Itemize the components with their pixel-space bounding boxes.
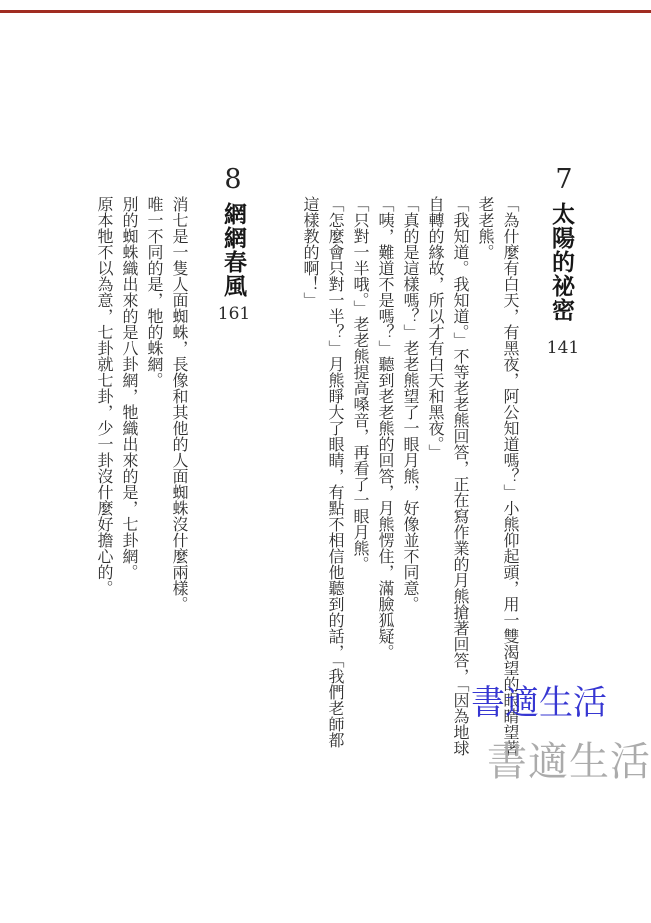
- chapter-7-title: 太陽的祕密: [549, 202, 572, 322]
- excerpt-paragraph: 原本牠不以為意，七卦就七卦，少一卦沒什麼好擔心的。: [92, 196, 117, 757]
- chapter-7-excerpt: 「為什麼有白天，有黑夜，阿公知道嗎？」小熊仰起頭，用一雙渴望的眼睛望著老老熊。 …: [298, 196, 523, 757]
- watermark-blue: 書適生活: [471, 686, 607, 720]
- excerpt-paragraph: 別的蜘蛛織出來的是八卦網，牠織出來的是，七卦網。: [117, 196, 142, 757]
- excerpt-paragraph: 唯一不同的是，牠的蛛網。: [142, 196, 167, 757]
- excerpt-paragraph: 「我知道。我知道。」不等老老熊回答，正在寫作業的月熊搶著回答，「因為地球自轉的緣…: [423, 196, 473, 757]
- excerpt-paragraph: 消七是一隻人面蜘蛛，長像和其他的人面蜘蛛沒什麼兩樣。: [167, 196, 192, 757]
- chapter-8-number: 8: [219, 166, 247, 193]
- excerpt-paragraph: 「為什麼有白天，有黑夜，阿公知道嗎？」小熊仰起頭，用一雙渴望的眼睛望著老老熊。: [473, 196, 523, 757]
- excerpt-paragraph: 「真的是這樣嗎？」老老熊望了一眼月熊，好像並不同意。: [398, 196, 423, 757]
- chapter-8-title: 網網春風: [221, 202, 244, 298]
- excerpt-paragraph: 「咦，難道不是嗎？」聽到老老熊的回答，月熊愣住，滿臉狐疑。: [373, 196, 398, 757]
- excerpt-paragraph: 「只對一半哦。」老老熊提高嗓音，再看了一眼月熊。: [348, 196, 373, 757]
- chapter-7-number: 7: [550, 166, 578, 193]
- top-red-rule: [0, 10, 651, 13]
- watermark-gray: 書適生活: [487, 742, 651, 782]
- chapter-7-page-number: 141: [545, 340, 581, 357]
- excerpt-paragraph: 「怎麼會只對一半？」月熊睜大了眼睛，有點不相信他聽到的話，「我們老師都這樣教的啊…: [298, 196, 348, 757]
- chapter-8-excerpt: 消七是一隻人面蜘蛛，長像和其他的人面蜘蛛沒什麼兩樣。 唯一不同的是，牠的蛛網。 …: [92, 196, 192, 757]
- chapter-8-page-number: 161: [216, 306, 252, 323]
- book-page: 7 太陽的祕密 141 「為什麼有白天，有黑夜，阿公知道嗎？」小熊仰起頭，用一雙…: [0, 0, 651, 923]
